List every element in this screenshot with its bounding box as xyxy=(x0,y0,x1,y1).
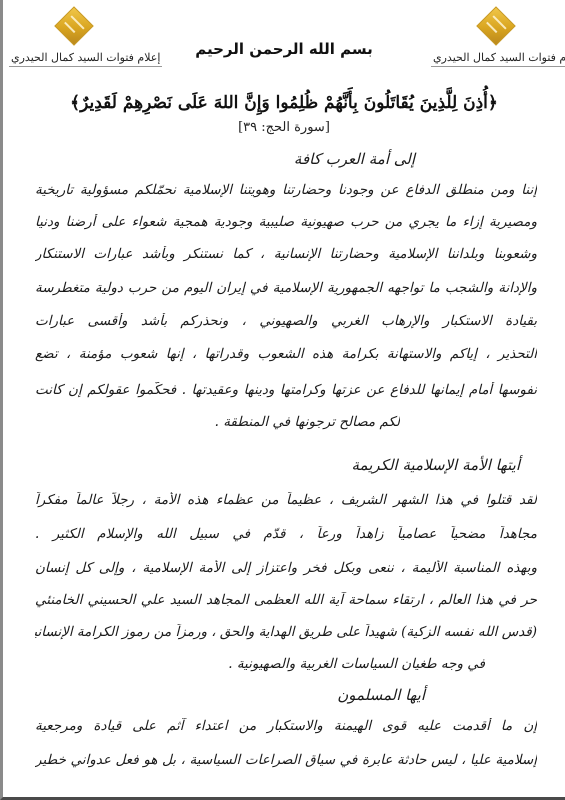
verse-reference: [سورة الحج: ٣٩] xyxy=(3,120,565,135)
basmala-heading: بسم الله الرحمن الرحيم xyxy=(3,40,565,58)
section-heading: إلى أمة العرب كافة xyxy=(294,150,415,168)
section-heading: أيها المسلمون xyxy=(337,686,425,704)
letter-line: حر في هذا العالم ، ارتقاء سماحة آية الله… xyxy=(35,592,537,608)
quran-verse: ﴿أُذِنَ لِلَّذِينَ يُقَاتَلُونَ بِأَنَّه… xyxy=(23,92,545,113)
letter-line: والإدانة والشجب ما تواجهه الجمهورية الإس… xyxy=(35,280,537,296)
letter-line: ومصيرية إزاء ما يجري من حرب صهيونية صليب… xyxy=(35,214,537,230)
letter-line: في وجه طغيان السياسات الغربية والصهيونية… xyxy=(35,656,485,672)
letter-line: وبهذه المناسبة الأليمة ، ننعى وبكل فخر و… xyxy=(35,560,537,576)
letter-line: بقيادة الاستكبار والإرهاب الغربي والصهيو… xyxy=(35,313,537,329)
letter-line: إننا ومن منطلق الدفاع عن وجودنا وحضارتنا… xyxy=(35,182,537,198)
letter-line: إسلامية عليا ، ليس حادثة عابرة في سياق ا… xyxy=(35,752,537,768)
section-heading: أيتها الأمة الإسلامية الكريمة xyxy=(352,456,521,474)
letter-line: نفوسها أمام إيمانها للدفاع عن عزتها وكرا… xyxy=(35,382,537,398)
letter-line: مجاهداً مضحياً عصامياً زاهداً ورعاً ، قد… xyxy=(35,526,537,542)
letter-line: إن ما أقدمت عليه قوى الهيمنة والاستكبار … xyxy=(35,718,537,734)
letter-line: وشعوبنا وبلداننا الإسلامية وحضارتنا الإن… xyxy=(35,246,537,262)
letter-line: (قدس الله نفسه الزكية) شهيداً على طريق ا… xyxy=(35,624,537,640)
letter-line: لقد قتلوا في هذا الشهر الشريف ، عظيماً م… xyxy=(35,492,537,508)
letter-line: لكم مصالح ترجونها في المنطقة . xyxy=(35,414,400,430)
letter-line: التحذير ، إياكم والاستهانة بكرامة هذه ال… xyxy=(35,346,537,362)
document-page: إعلام فتوات السيد كمال الحيدري إعلام فتو… xyxy=(0,0,565,800)
